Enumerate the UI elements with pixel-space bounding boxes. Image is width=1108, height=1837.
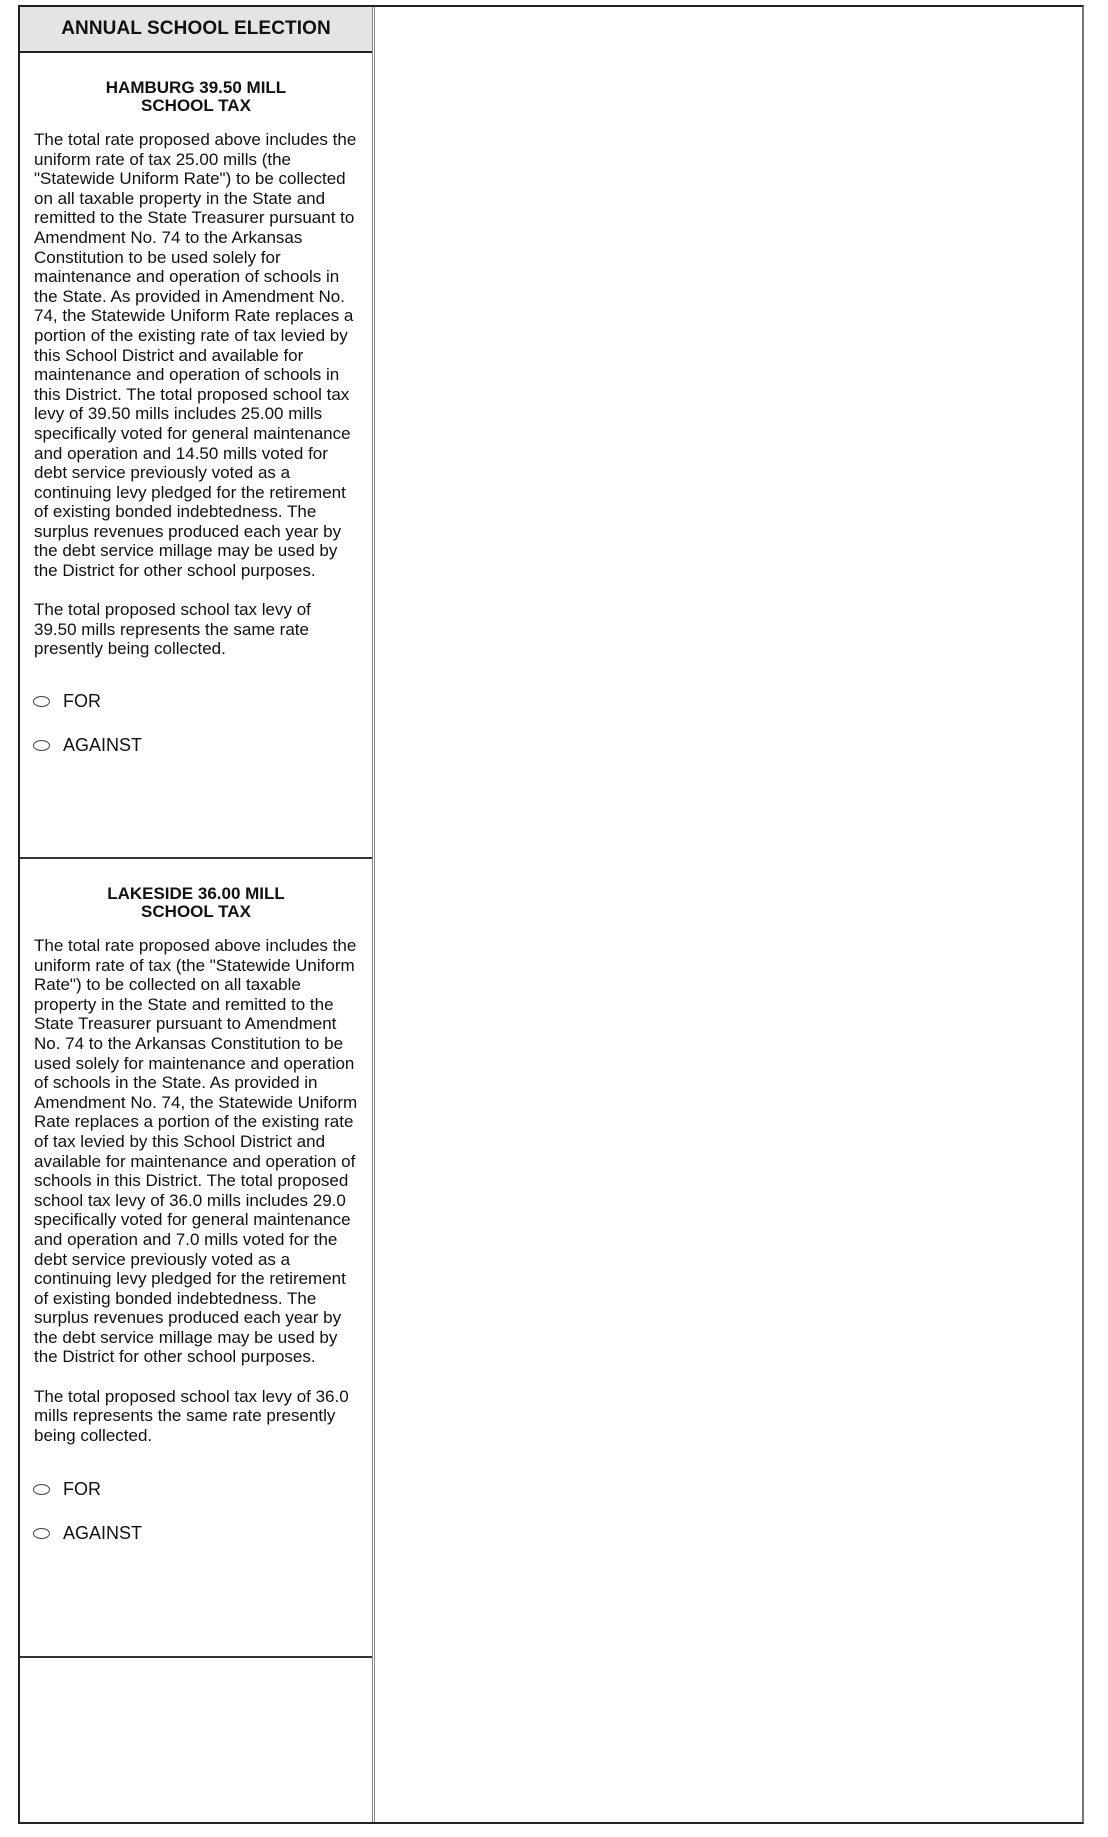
option-against[interactable]: AGAINST — [33, 1511, 372, 1555]
contest-description: The total rate proposed above includes t… — [20, 921, 372, 1445]
option-for[interactable]: FOR — [33, 679, 372, 723]
option-against[interactable]: AGAINST — [33, 723, 372, 767]
contest-title-line2: SCHOOL TAX — [40, 97, 352, 115]
contest-paragraph-1: The total rate proposed above includes t… — [34, 130, 358, 581]
vote-oval-icon[interactable] — [33, 696, 50, 707]
ballot-column-right — [375, 7, 1082, 1822]
contest-paragraph-2: The total proposed school tax levy of 36… — [34, 1387, 358, 1446]
option-for[interactable]: FOR — [33, 1467, 372, 1511]
contest-paragraph-1: The total rate proposed above includes t… — [34, 936, 358, 1367]
contest-title-line1: LAKESIDE 36.00 MILL — [40, 885, 352, 903]
contest-paragraph-2: The total proposed school tax levy of 39… — [34, 600, 358, 659]
blank-area — [20, 1658, 372, 1822]
option-label: FOR — [63, 1479, 101, 1500]
ballot: ANNUAL SCHOOL ELECTION HAMBURG 39.50 MIL… — [18, 5, 1084, 1824]
contest-lakeside-school-tax: LAKESIDE 36.00 MILL SCHOOL TAX The total… — [20, 859, 372, 1658]
contest-title-line2: SCHOOL TAX — [40, 903, 352, 921]
contest-title: HAMBURG 39.50 MILL SCHOOL TAX — [20, 53, 372, 115]
contest-description: The total rate proposed above includes t… — [20, 115, 372, 659]
vote-oval-icon[interactable] — [33, 1528, 50, 1539]
contest-options: FOR AGAINST — [20, 1467, 372, 1555]
contest-hamburg-school-tax: HAMBURG 39.50 MILL SCHOOL TAX The total … — [20, 53, 372, 859]
vote-oval-icon[interactable] — [33, 1484, 50, 1495]
ballot-column-left: ANNUAL SCHOOL ELECTION HAMBURG 39.50 MIL… — [20, 7, 375, 1822]
option-label: FOR — [63, 691, 101, 712]
ballot-header: ANNUAL SCHOOL ELECTION — [20, 7, 372, 53]
option-label: AGAINST — [63, 1523, 142, 1544]
option-label: AGAINST — [63, 735, 142, 756]
contest-options: FOR AGAINST — [20, 679, 372, 767]
vote-oval-icon[interactable] — [33, 740, 50, 751]
contest-title: LAKESIDE 36.00 MILL SCHOOL TAX — [20, 859, 372, 921]
contest-title-line1: HAMBURG 39.50 MILL — [40, 79, 352, 97]
